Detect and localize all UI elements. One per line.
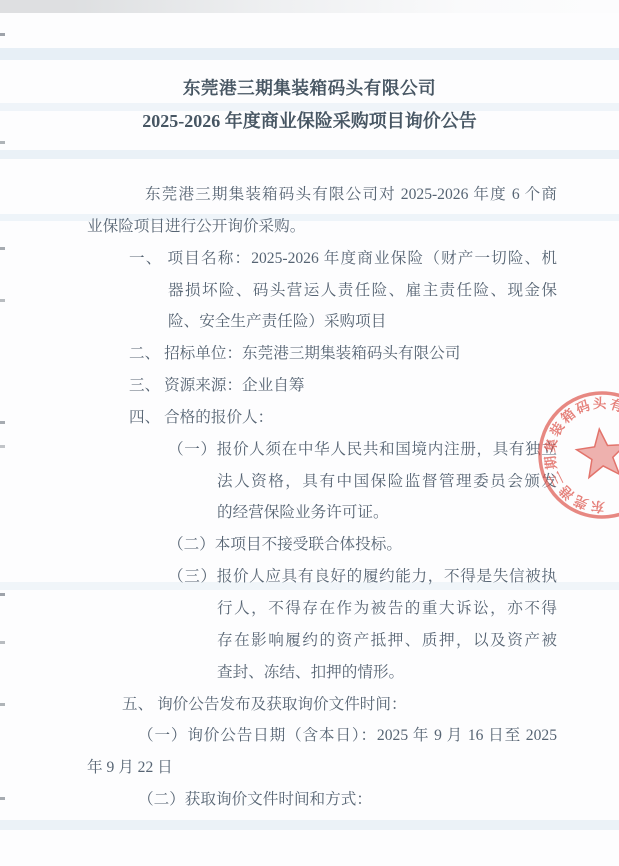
star-icon: [575, 427, 619, 479]
doc-line: （二）本项目不接受联合体投标。: [168, 529, 557, 561]
doc-line: 险、安全生产责任险）采购项目: [168, 306, 557, 338]
doc-line: 查封、冻结、扣押的情形。: [217, 657, 557, 689]
doc-line: （一）报价人须在中华人民共和国境内注册，具有独立: [168, 434, 557, 466]
doc-line: 存在影响履约的资产抵押、质押，以及资产被: [217, 625, 557, 657]
doc-line: 业保险项目进行公开询价采购。: [87, 211, 557, 243]
doc-line: 的经营保险业务许可证。: [217, 497, 557, 529]
company-seal-stamp: 东莞港三期集装箱码头有限公司: [520, 373, 619, 537]
doc-line: 法人资格，具有中国保险监督管理委员会颁发: [217, 466, 557, 498]
doc-line: （二）获取询价文件时间和方式：: [138, 784, 557, 816]
doc-line: （一）询价公告日期（含本日）：2025 年 9 月 16 日至 2025: [138, 720, 557, 752]
doc-line: （三）报价人应具有良好的履约能力，不得是失信被执: [168, 561, 557, 593]
doc-line: 一、 项目名称：2025-2026 年度商业保险（财产一切险、机: [129, 243, 557, 275]
doc-line: 器损坏险、码头营运人责任险、雇主责任险、现金保: [168, 275, 557, 307]
scan-band: [0, 820, 619, 830]
doc-line: 年 9 月 22 日: [87, 752, 557, 784]
doc-line: 二、 招标单位：东莞港三期集装箱码头有限公司: [129, 338, 557, 370]
doc-title: 东莞港三期集装箱码头有限公司: [0, 73, 619, 103]
doc-line: 五、 询价公告发布及获取询价文件时间：: [122, 689, 557, 721]
doc-subtitle: 2025-2026 年度商业保险采购项目询价公告: [0, 106, 619, 136]
doc-line: 东莞港三期集装箱码头有限公司对 2025-2026 年度 6 个商: [145, 179, 557, 211]
scanned-document-page: 东莞港三期集装箱码头有限公司 2025-2026 年度商业保险采购项目询价公告 …: [0, 0, 619, 866]
doc-line: 四、 合格的报价人：: [129, 402, 557, 434]
doc-line: 行人，不得存在作为被告的重大诉讼，亦不得: [217, 593, 557, 625]
doc-line: 三、 资源来源：企业自筹: [129, 370, 557, 402]
